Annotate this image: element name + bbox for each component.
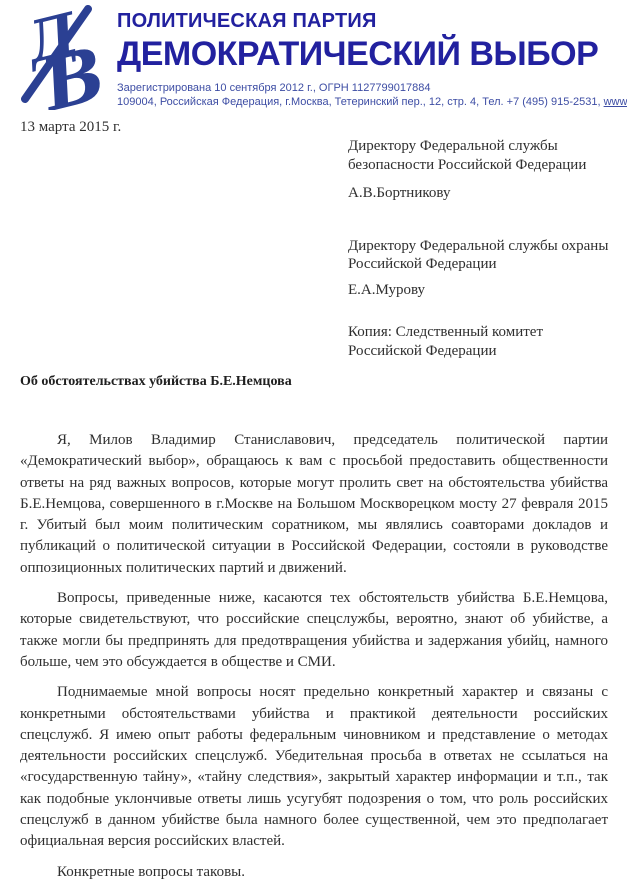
recipient-block-fso: Директору Федеральной службы охраныРосси… bbox=[348, 237, 608, 300]
copy-line: Российской Федерации bbox=[348, 343, 497, 359]
letterhead: Д В ПОЛИТИЧЕСКАЯ ПАРТИЯ ДЕМОКРАТИЧЕСКИЙ … bbox=[18, 4, 627, 110]
party-name-title: ДЕМОКРАТИЧЕСКИЙ ВЫБОР bbox=[117, 35, 627, 74]
recipients-column: Директору Федеральной службыбезопасности… bbox=[348, 137, 608, 360]
address-line: 109004, Российская Федерация, г.Москва, … bbox=[117, 96, 627, 110]
recipient-line: Директору Федеральной службы охраны bbox=[348, 238, 608, 254]
body-paragraph: Я, Милов Владимир Станиславович, председ… bbox=[20, 430, 608, 579]
copy-block: Копия: Следственный комитетРоссийской Фе… bbox=[348, 323, 608, 360]
recipient-block-fsb: Директору Федеральной службыбезопасности… bbox=[348, 137, 608, 203]
letter-page: Д В ПОЛИТИЧЕСКАЯ ПАРТИЯ ДЕМОКРАТИЧЕСКИЙ … bbox=[0, 0, 627, 886]
recipient-title: Директору Федеральной службыбезопасности… bbox=[348, 137, 608, 174]
party-logo-icon: Д В bbox=[18, 4, 115, 110]
body-paragraph: Вопросы, приведенные ниже, касаются тех … bbox=[20, 588, 608, 673]
registration-line: Зарегистрирована 10 сентября 2012 г., ОГ… bbox=[117, 82, 627, 96]
letterhead-text: ПОЛИТИЧЕСКАЯ ПАРТИЯ ДЕМОКРАТИЧЕСКИЙ ВЫБО… bbox=[117, 4, 627, 109]
recipient-line: Директору Федеральной службы bbox=[348, 138, 558, 154]
logo-letter-v: В bbox=[32, 30, 114, 110]
party-type-label: ПОЛИТИЧЕСКАЯ ПАРТИЯ bbox=[117, 10, 627, 33]
subject-line: Об обстоятельствах убийства Б.Е.Немцова bbox=[20, 374, 292, 390]
recipient-line: Российской Федерации bbox=[348, 256, 497, 272]
body-paragraph: Поднимаемые мной вопросы носят предельно… bbox=[20, 682, 608, 852]
copy-line: Копия: Следственный комитет bbox=[348, 324, 543, 340]
letter-body: Я, Милов Владимир Станиславович, председ… bbox=[20, 430, 608, 886]
recipient-line: безопасности Российской Федерации bbox=[348, 157, 586, 173]
website-link[interactable]: www.demvybor.ru bbox=[604, 96, 627, 108]
letter-date: 13 марта 2015 г. bbox=[20, 119, 121, 136]
recipient-name: Е.А.Мурову bbox=[348, 281, 608, 300]
recipient-title: Директору Федеральной службы охраныРосси… bbox=[348, 237, 608, 274]
address-text: 109004, Российская Федерация, г.Москва, … bbox=[117, 96, 604, 108]
recipient-name: А.В.Бортникову bbox=[348, 184, 608, 203]
body-paragraph: Конкретные вопросы таковы. bbox=[20, 862, 608, 883]
